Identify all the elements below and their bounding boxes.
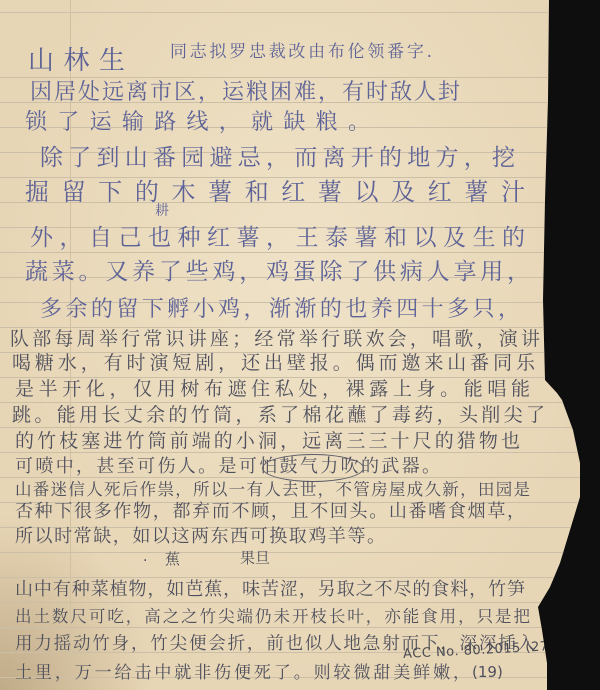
insertion-annotation: 果旦 (240, 549, 270, 567)
text-line: 蔬菜。又养了些鸡，鸡蛋除了供病人享用， (25, 258, 530, 286)
page-number: (19) (472, 663, 503, 681)
circled-phrase-mark (262, 454, 364, 482)
text-line: 是半开化，仅用树布遮住私处，裸露上身。能唱能 (15, 378, 530, 401)
insertion-annotation: 耕 (155, 203, 169, 219)
text-line: 锁了运输路线，就缺粮。 (25, 110, 370, 136)
text-line: 所以时常缺，如以这两东西可换取鸡羊等。 (15, 526, 385, 548)
text-line: 因居处远离市区，运粮困难，有时敌人封 (30, 80, 460, 106)
text-line: 掘留下的木薯和红薯以及红薯汁 (25, 178, 525, 207)
text-line: 外，自己也种红薯，王泰薯和以及生的 (30, 224, 525, 252)
header-rule-line (0, 12, 600, 13)
dot-mark: · (143, 553, 147, 569)
insertion-annotation: 蕉 (165, 550, 180, 568)
text-line: 队部每周举行常识讲座；经常举行联欢会，唱歌，演讲 (10, 328, 540, 351)
text-line: 除了到山番园避忌，而离开的地方，挖 (40, 144, 515, 172)
text-line: 喝糖水，有时演短剧，还出壁报。偶而邀来山番同乐 (12, 352, 535, 375)
page-title: 山林生活 (28, 46, 125, 77)
text-line: 可喷中，甚至可伤人。是可怕鼓气力吹的武器。 (15, 456, 440, 478)
text-line: 山中有种菜植物，如芭蕉，味苦涩，另取之不尽的食料，竹笋 (15, 579, 525, 601)
text-line: 的竹枝塞进竹筒前端的小洞，远离三三十尺的猎物也 (15, 430, 520, 453)
text-line: 跳。能用长丈余的竹筒，系了棉花蘸了毒药，头削尖了 (12, 404, 545, 427)
text-line: 出土数尺可吃，高之之竹尖端仍未开枝长叶，亦能食用，只是把 (15, 607, 530, 627)
text-line: 多余的留下孵小鸡，渐渐的也养四十多只， (40, 297, 520, 323)
text-line: 山番迷信人死后作祟，所以一有人去世，不管房屋成久新，田园是 (15, 480, 530, 500)
title-note: 同志拟罗忠裁改由布伦领番字. (170, 42, 432, 62)
text-line: 否种下很多作物，都弃而不顾，且不回头。山番嗜食烟草， (15, 501, 525, 523)
handwritten-page: 山林生活 同志拟罗忠裁改由布伦领番字. 因居处远离市区，运粮困难，有时敌人封 锁… (0, 0, 600, 690)
text-line: 土里，万一给击中就非伤便死了。则较微甜美鲜嫩， (15, 663, 470, 684)
